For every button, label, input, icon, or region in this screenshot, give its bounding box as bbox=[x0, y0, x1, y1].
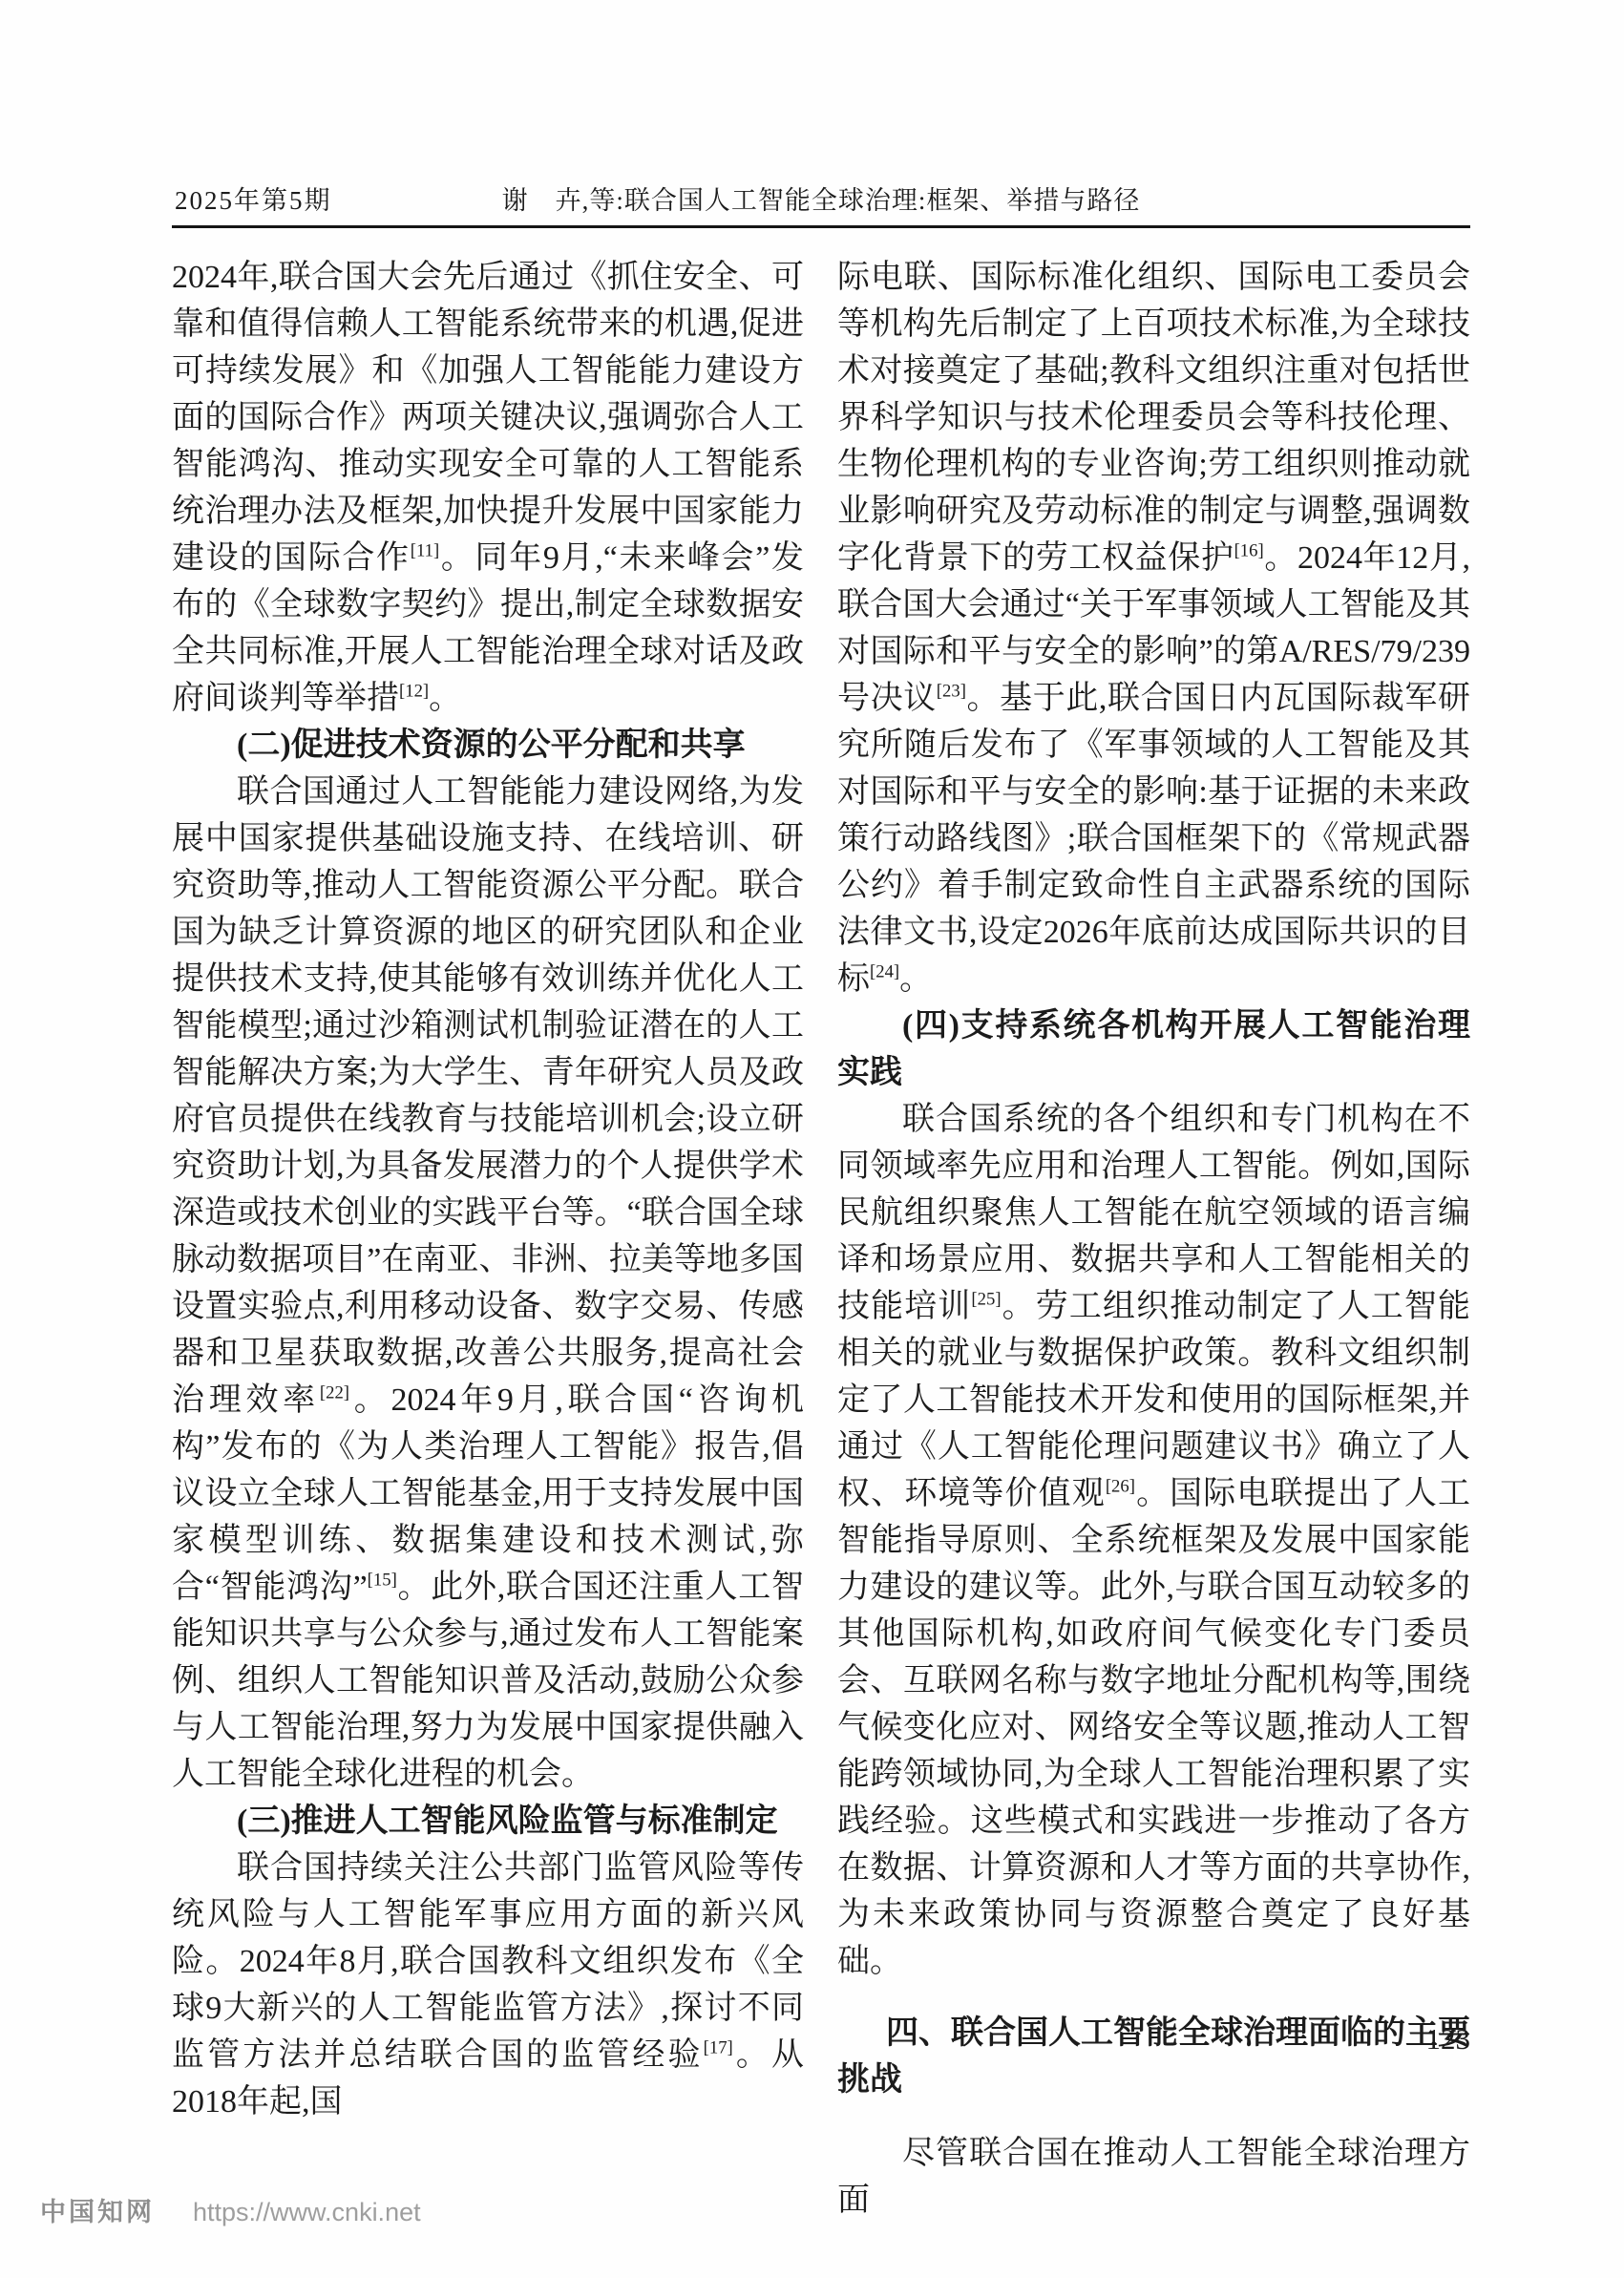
citation-ref: [16] bbox=[1234, 541, 1264, 561]
journal-page: 2025年第5期 谢 卉,等:联合国人工智能全球治理:框架、举措与路径 2024… bbox=[0, 0, 1624, 2278]
paragraph: 联合国通过人工智能能力建设网络,为发展中国家提供基础设施支持、在线培训、研究资助… bbox=[172, 769, 804, 1798]
cnki-footer: 中国知网 https://www.cnki.net bbox=[40, 2191, 421, 2228]
cnki-logo-text: 中国知网 bbox=[40, 2191, 155, 2228]
column-right: 际电联、国际标准化组织、国际电工委员会等机构先后制定了上百项技术标准,为全球技术… bbox=[837, 254, 1470, 2224]
citation-ref: [24] bbox=[870, 962, 899, 982]
citation-ref: [17] bbox=[704, 2038, 733, 2058]
header-running-title: 谢 卉,等:联合国人工智能全球治理:框架、举措与路径 bbox=[172, 179, 1470, 217]
paragraph: 联合国系统的各个组织和专门机构在不同领域率先应用和治理人工智能。例如,国际民航组… bbox=[837, 1096, 1470, 1985]
citation-ref: [22] bbox=[320, 1383, 349, 1403]
paragraph: 联合国持续关注公共部门监管风险等传统风险与人工智能军事应用方面的新兴风险。202… bbox=[172, 1845, 804, 2125]
header-rule bbox=[172, 225, 1470, 228]
page-number: 123 bbox=[837, 2022, 1470, 2057]
cnki-url: https://www.cnki.net bbox=[193, 2198, 421, 2227]
subsection-heading: (二)促进技术资源的公平分配和共享 bbox=[172, 722, 804, 769]
citation-ref: [23] bbox=[937, 682, 966, 702]
citation-ref: [25] bbox=[971, 1290, 1001, 1310]
page-header: 2025年第5期 谢 卉,等:联合国人工智能全球治理:框架、举措与路径 bbox=[172, 179, 1470, 218]
paragraph: 2024年,联合国大会先后通过《抓住安全、可靠和值得信赖人工智能系统带来的机遇,… bbox=[172, 254, 804, 722]
citation-ref: [15] bbox=[368, 1571, 397, 1591]
citation-ref: [26] bbox=[1106, 1477, 1135, 1497]
column-left: 2024年,联合国大会先后通过《抓住安全、可靠和值得信赖人工智能系统带来的机遇,… bbox=[172, 254, 804, 2125]
citation-ref: [11] bbox=[411, 541, 439, 561]
citation-ref: [12] bbox=[399, 682, 429, 702]
paragraph: 尽管联合国在推动人工智能全球治理方面 bbox=[837, 2130, 1470, 2224]
subsection-heading: (四)支持系统各机构开展人工智能治理实践 bbox=[837, 1002, 1470, 1096]
subsection-heading: (三)推进人工智能风险监管与标准制定 bbox=[172, 1798, 804, 1845]
paragraph: 际电联、国际标准化组织、国际电工委员会等机构先后制定了上百项技术标准,为全球技术… bbox=[837, 254, 1470, 1002]
